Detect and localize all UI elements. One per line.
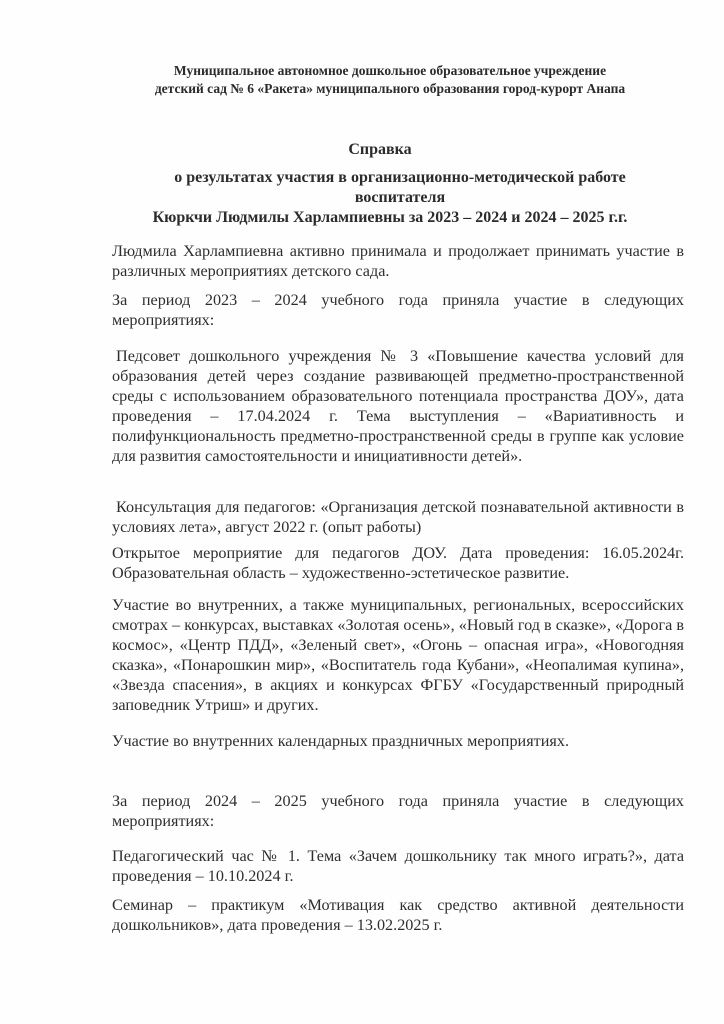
subtitle-line-3: Кюркчи Людмилы Харлампиевны за 2023 – 20… xyxy=(80,208,700,228)
intro-paragraph: Людмила Харлампиевна активно принимала и… xyxy=(112,241,684,281)
document-subtitle: о результатах участия в организационно-м… xyxy=(100,168,700,228)
period-2023-2024-heading: За период 2023 – 2024 учебного года прин… xyxy=(112,290,684,330)
list-item-open-event: Открытое мероприятие для педагогов ДОУ. … xyxy=(112,543,684,583)
document-title: Справка xyxy=(80,140,680,160)
list-item-contests: Участие во внутренних, а также муниципал… xyxy=(112,595,684,715)
period-2024-2025-heading: За период 2024 – 2025 учебного года прин… xyxy=(112,791,684,831)
subtitle-line-2: воспитателя xyxy=(100,188,700,208)
subtitle-line-1: о результатах участия в организационно-м… xyxy=(100,168,700,188)
organization-line-1: Муниципальное автономное дошкольное обра… xyxy=(100,62,680,80)
list-item-holidays: Участие во внутренних календарных праздн… xyxy=(112,731,684,751)
list-item-seminar: Семинар – практикум «Мотивация как средс… xyxy=(112,895,684,935)
document-page: Муниципальное автономное дошкольное обра… xyxy=(0,0,724,1024)
list-item-consultation: Консультация для педагогов: «Организация… xyxy=(112,497,684,537)
organization-line-2: детский сад № 6 «Ракета» муниципального … xyxy=(100,80,680,98)
list-item-pedsovet: Педсовет дошкольного учреждения № 3 «Пов… xyxy=(112,346,684,466)
organization-header: Муниципальное автономное дошкольное обра… xyxy=(100,62,680,98)
list-item-pedagogical-hour: Педагогический час № 1. Тема «Зачем дошк… xyxy=(112,846,684,886)
